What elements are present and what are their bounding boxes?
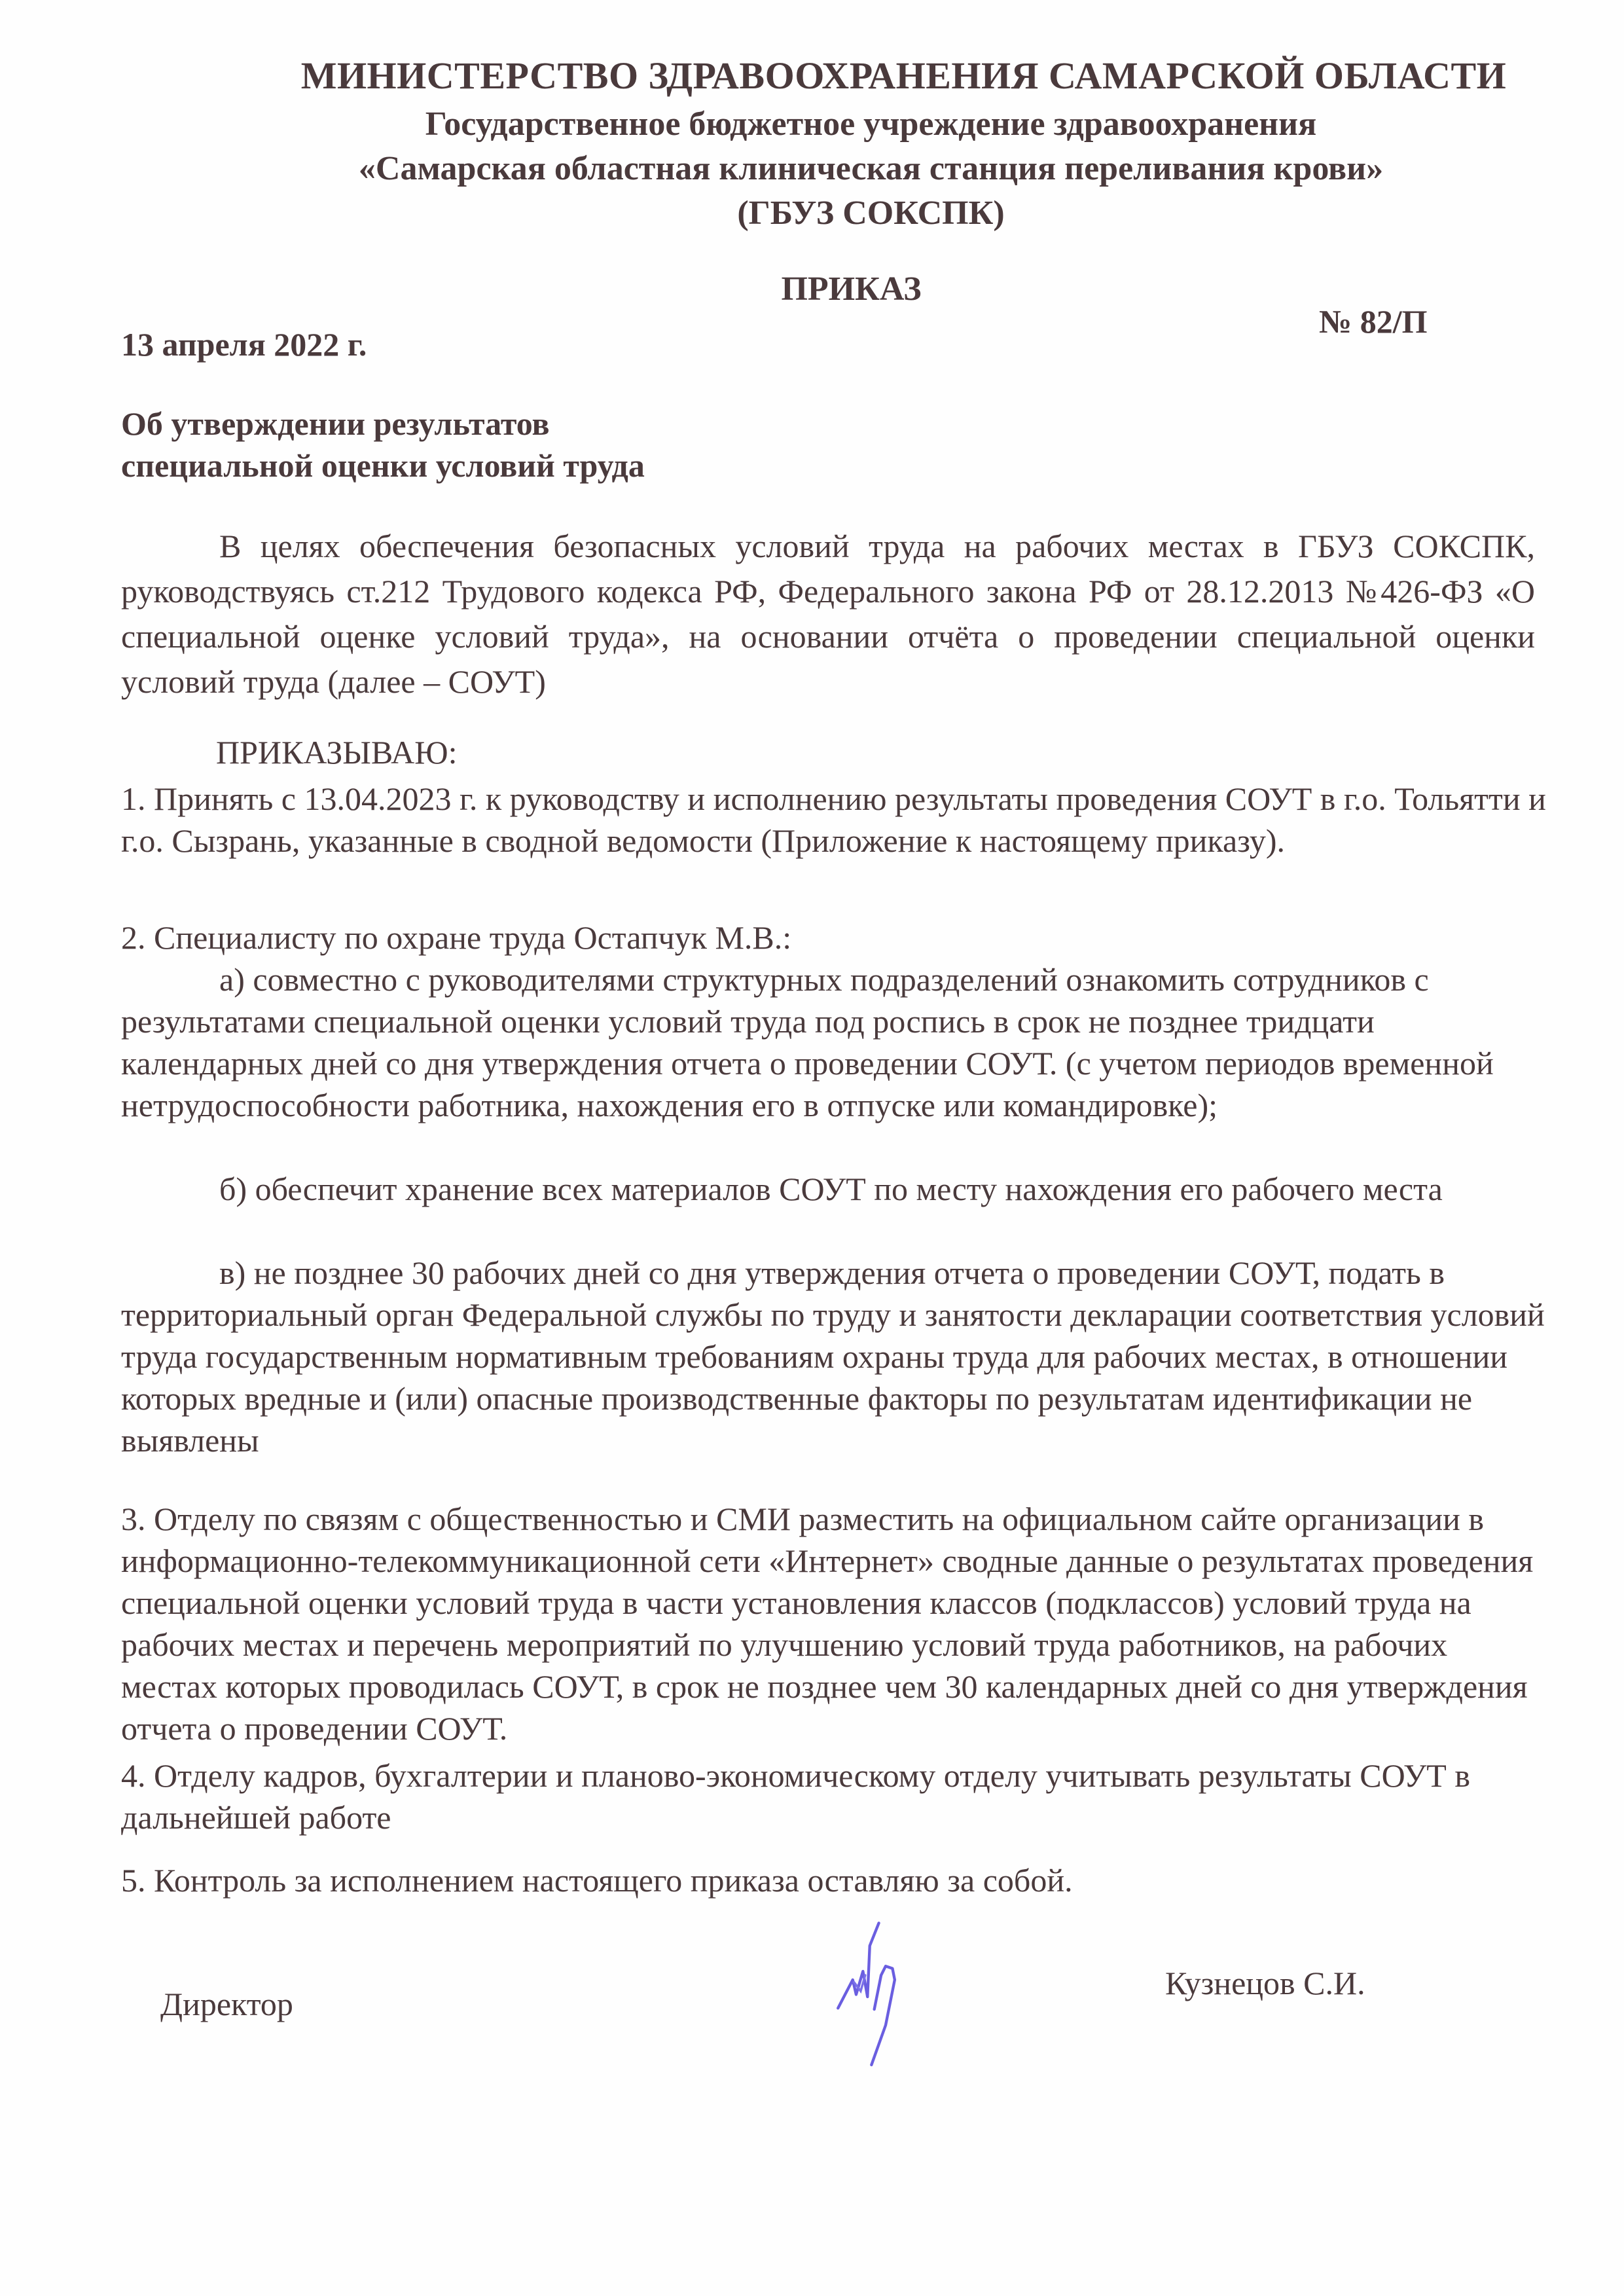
signatory-role: Директор [160,1985,293,2023]
document-page: МИНИСТЕРСТВО ЗДРАВООХРАНЕНИЯ САМАРСКОЙ О… [0,0,1624,2296]
order-item-2a: а) совместно с руководителями структурны… [121,958,1548,1126]
institution-type: Государственное бюджетное учреждение здр… [59,105,1624,143]
order-item-2c: в) не позднее 30 рабочих дней со дня утв… [121,1252,1548,1461]
handwritten-signature-icon [805,1912,949,2082]
subject-line-2: специальной оценки условий труда [121,446,645,484]
ministry-heading: МИНИСТЕРСТВО ЗДРАВООХРАНЕНИЯ САМАРСКОЙ О… [92,54,1624,98]
order-item-1: 1. Принять с 13.04.2023 г. к руководству… [121,778,1548,862]
order-date: 13 апреля 2022 г. [121,325,367,363]
order-number: № 82/П [1319,302,1428,340]
signatory-name: Кузнецов С.И. [1165,1964,1365,2002]
order-item-5: 5. Контроль за исполнением настоящего пр… [121,1859,1548,1901]
orders-word: ПРИКАЗЫВАЮ: [216,733,457,771]
preamble-paragraph: В целях обеспечения безопасных условий т… [121,524,1535,704]
subject-line-1: Об утверждении результатов [121,405,550,443]
institution-name: «Самарская областная клиническая станция… [59,149,1624,188]
order-item-2b: б) обеспечит хранение всех материалов СО… [121,1168,1548,1210]
order-item-3: 3. Отделу по связям с общественностью и … [121,1498,1548,1749]
order-item-2: 2. Специалисту по охране труда Остапчук … [121,917,1548,958]
institution-abbreviation: (ГБУЗ СОКСПК) [59,194,1624,232]
order-item-4: 4. Отделу кадров, бухгалтерии и планово-… [121,1755,1548,1838]
